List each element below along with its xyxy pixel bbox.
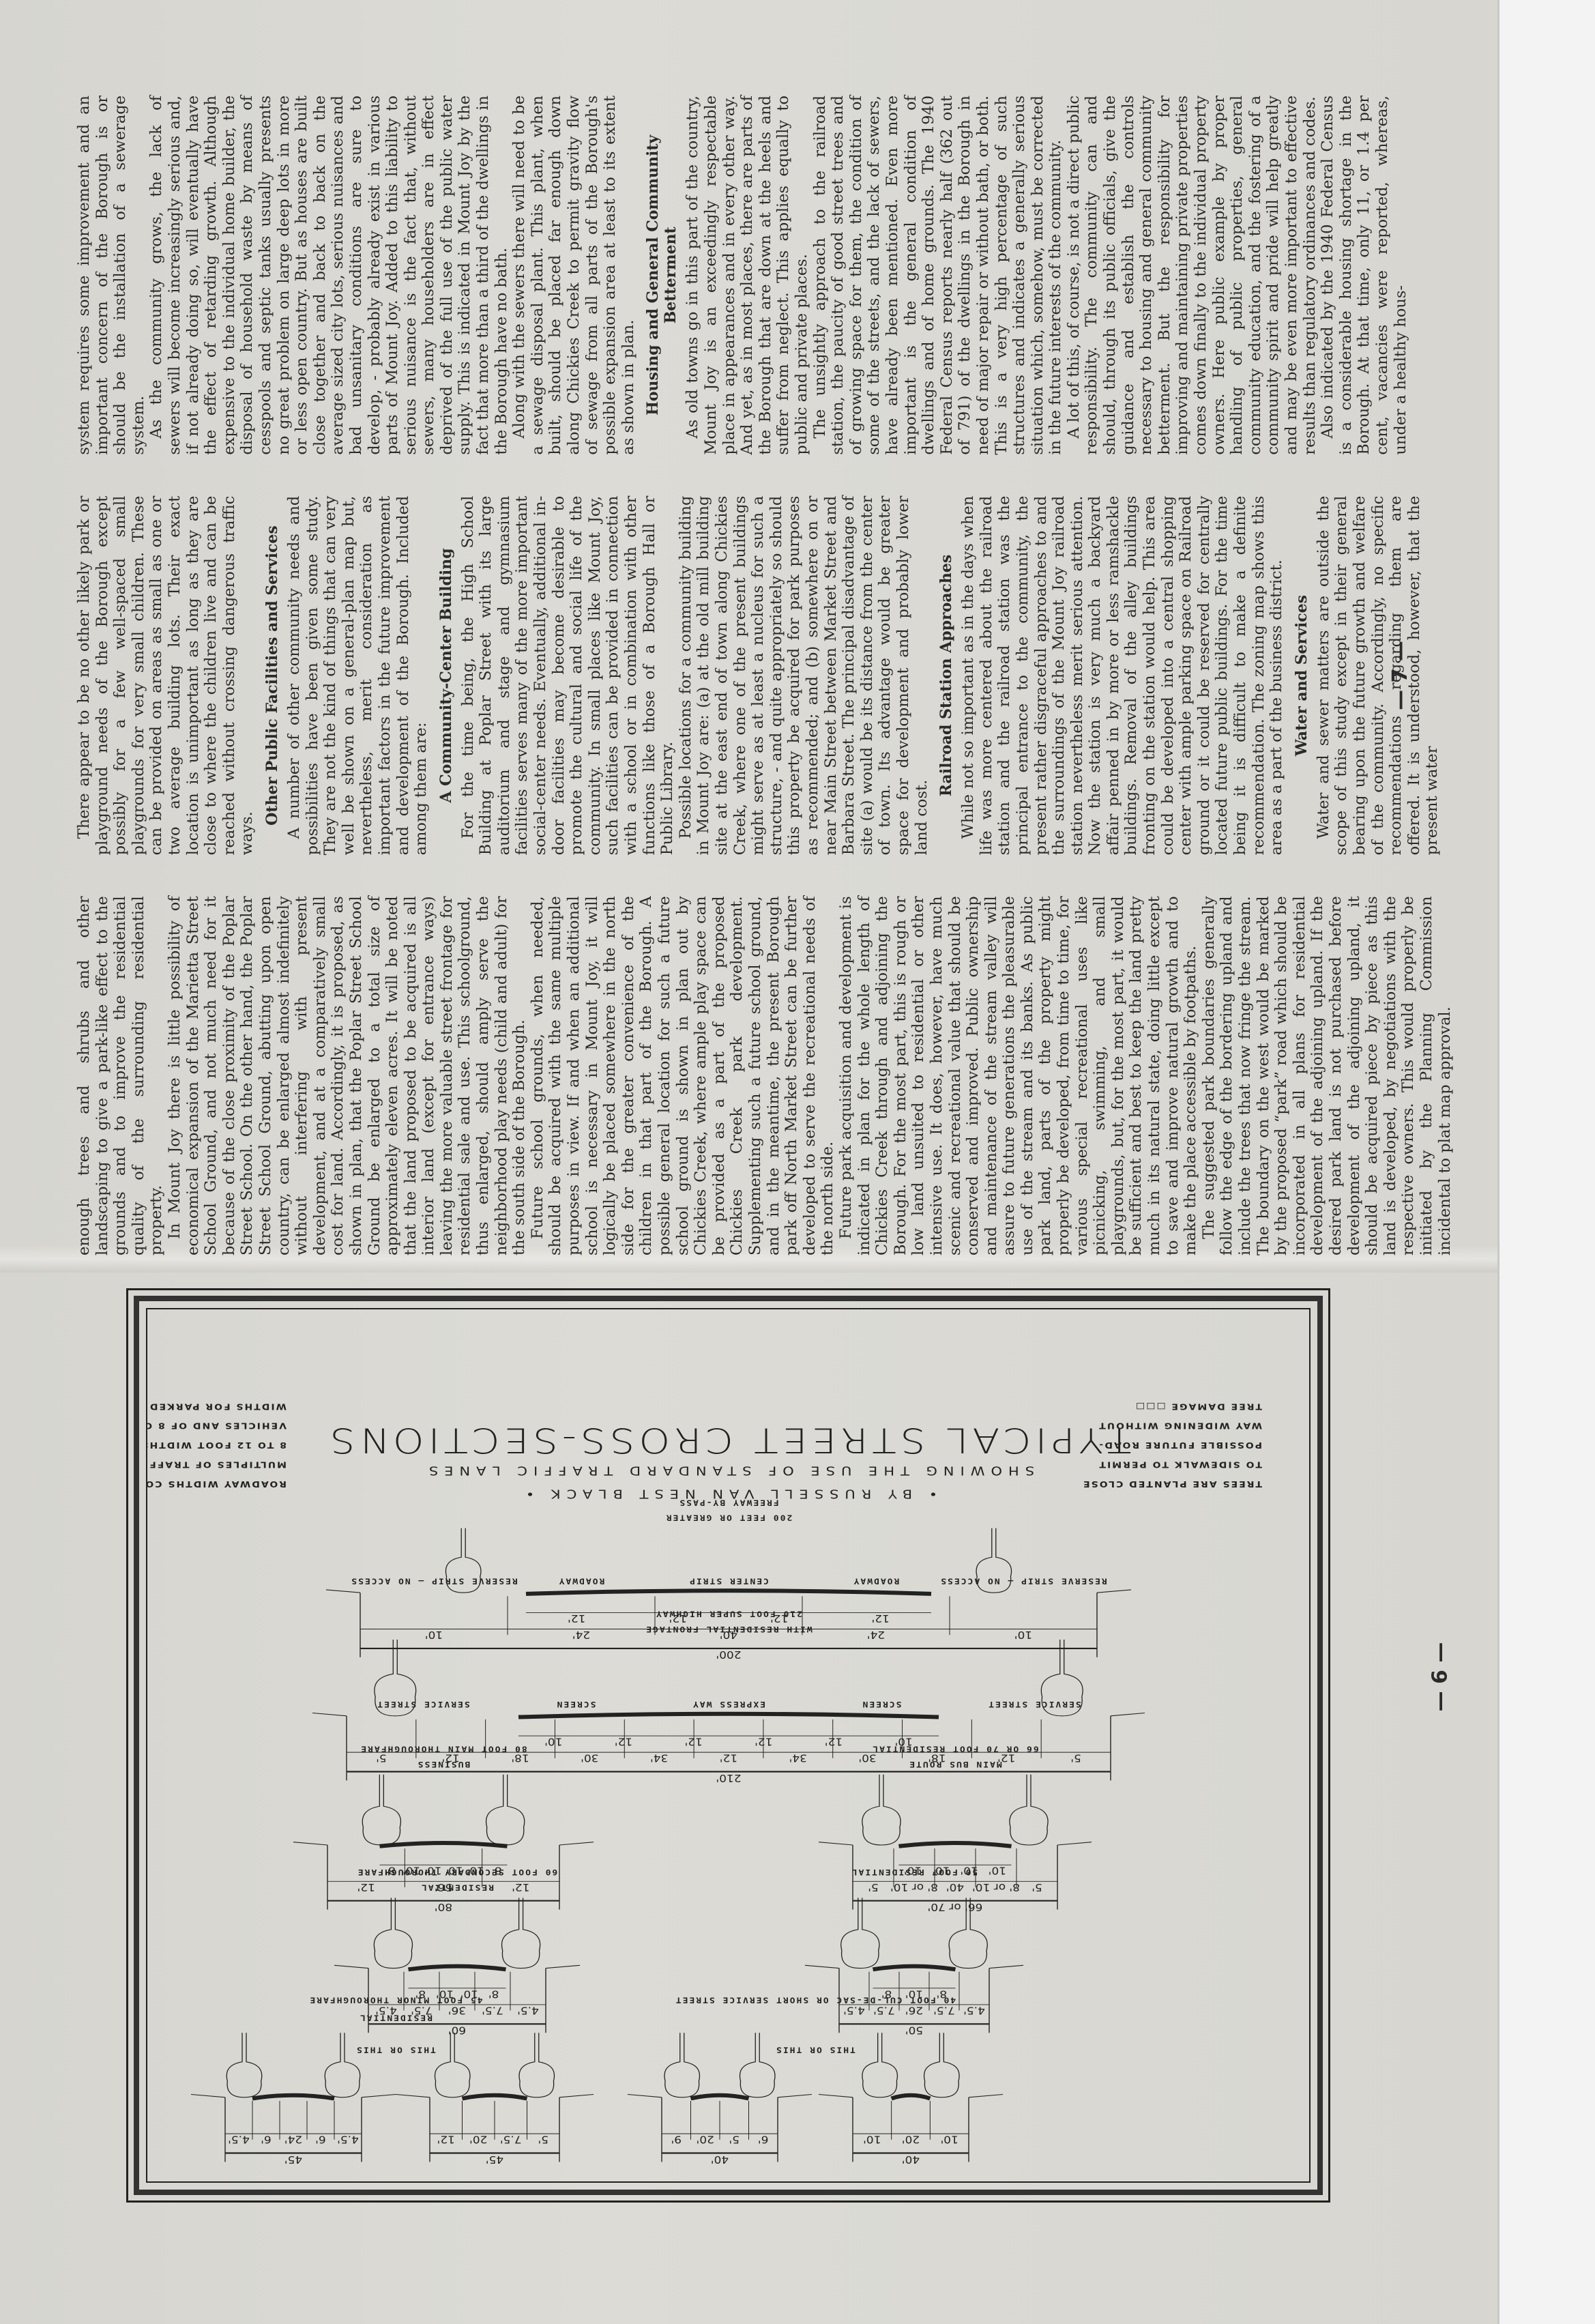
roadway-note: ROADWAY WIDTHS COMPRISED OF — [147, 1479, 287, 1488]
text-column-2: There appear to be no other likely park … — [75, 496, 1426, 856]
diagram-label: 12' — [568, 1612, 585, 1625]
diagram-label: 5' — [868, 1881, 878, 1893]
diagram-subtitle: SHOWING THE USE OF STANDARD TRAFFIC LANE… — [423, 1464, 1034, 1478]
paragraph: In Mount Joy there is little possibility… — [166, 896, 529, 1255]
diagram-label: 6' — [758, 2134, 768, 2146]
section-subtitle: WITH RESIDENTIAL FRONTAGE — [645, 1625, 812, 1633]
diagram-label: 12' — [512, 1881, 529, 1893]
diagram-label: 26' — [905, 2005, 923, 2017]
diagram-label: 7.5' — [500, 2134, 522, 2146]
diagram-label: SCREEN — [556, 1700, 596, 1709]
text-column-1: enough trees and shrubs and other landsc… — [75, 896, 1426, 1255]
paragraph: The suggested park boundaries generally … — [1200, 896, 1454, 1255]
paragraph: enough trees and shrubs and other landsc… — [75, 896, 166, 1255]
diagram-label: 20' — [697, 2134, 714, 2146]
diagram-label: 36' — [448, 2005, 466, 2017]
page-number-7: — 7 — — [1388, 96, 1412, 1255]
page-7: enough trees and shrubs and other landsc… — [75, 68, 1269, 1433]
diagram-label: 10' — [863, 2134, 881, 2146]
street-cross-sections: TYPICAL STREET CROSS-SECTIONSSHOWING THE… — [147, 1309, 1310, 2182]
diagram-label: 12' — [755, 1736, 772, 1748]
diagram-label: 6' — [261, 2134, 271, 2146]
or-label: THIS OR THIS — [775, 2046, 855, 2054]
diagram-label: 20' — [469, 2134, 487, 2146]
diagram-label: SERVICE STREET — [376, 1700, 469, 1709]
diagram-label: ROADWAY — [558, 1577, 605, 1586]
diagram-label: 40' — [946, 1881, 964, 1893]
diagram-label: RESERVE STRIP — NO ACCESS — [350, 1577, 517, 1586]
text-columns: enough trees and shrubs and other landsc… — [75, 96, 1426, 1255]
diagram-label: 80' — [435, 1901, 452, 1913]
diagram-label: 4.5' — [228, 2134, 250, 2146]
diagram-label: SCREEN — [862, 1700, 902, 1709]
diagram-title: TYPICAL STREET CROSS-SECTIONS — [326, 1420, 1132, 1459]
paragraph: As the community grows, the lack of sewe… — [147, 96, 510, 455]
diagram-label: 5' — [538, 2134, 548, 2146]
diagram-label: 10' — [1014, 1629, 1032, 1641]
section-subtitle: MAIN BUS ROUTE — [908, 1760, 1001, 1769]
diagram-label: 34' — [650, 1752, 668, 1764]
paragraph: Possible locations for a community build… — [677, 496, 931, 856]
paragraph: A lot of this, of course, is not a direc… — [1065, 96, 1319, 455]
roadway-note: MULTIPLES OF TRAFFIC LANES OF — [147, 1459, 287, 1469]
diagram-label: 8' or 10' — [972, 1881, 1020, 1893]
diagram-label: 200' — [716, 1649, 741, 1661]
section-title: 50 FOOT RESIDENTIAL — [851, 1868, 978, 1876]
section-subtitle: RESIDENTIAL — [420, 1883, 494, 1892]
scan-background — [1497, 0, 1595, 2324]
diagram-label: 12' — [685, 1736, 703, 1748]
diagram-label: 12' — [437, 2134, 455, 2146]
diagram-label: 8' or 10' — [890, 1881, 938, 1893]
tree-note: TO SIDEWALK TO PERMIT — [1098, 1459, 1262, 1469]
diagram-label: 45' — [486, 2153, 503, 2166]
paragraph: Along with the sewers there will need to… — [510, 96, 637, 455]
diagram-label: 4.5' — [337, 2134, 359, 2146]
page-number-6: — 6 — — [1428, 1642, 1452, 1712]
paragraph: For the time being, the High School Buil… — [459, 496, 677, 856]
paragraph: Future park acquisition and development … — [837, 896, 1200, 1255]
section-title: 60 FOOT SECONDARY THOROUGHFARE — [357, 1868, 558, 1876]
diagram-label: 24' — [572, 1629, 590, 1641]
diagram-label: 6' — [315, 2134, 325, 2146]
diagram-label: 4.5' — [517, 2005, 539, 2017]
diagram-label: 66' or 70' — [928, 1901, 983, 1913]
section-heading: A Community-Center Building — [437, 496, 455, 856]
text-column-3: system requires some improvement and an … — [75, 96, 1426, 455]
paragraph: Water and sewer matters are outside the … — [1315, 496, 1442, 856]
section-title: 66 OR 70 FOOT RESIDENTIAL — [871, 1745, 1038, 1754]
paragraph: system requires some improvement and an … — [75, 96, 147, 455]
tree-note: POSSIBLE FUTURE ROAD- — [1098, 1440, 1262, 1449]
diagram-label: 5' — [729, 2134, 740, 2146]
paragraph: Future school grounds, when needed, shou… — [529, 896, 837, 1255]
roadway-note: VEHICLES AND OF 8 OR 10 FOOT — [147, 1421, 287, 1430]
diagram-label: 20' — [902, 2134, 920, 2146]
paragraph: A number of other community needs and po… — [285, 496, 430, 856]
diagram-label: 5' — [1070, 1752, 1081, 1764]
section-title: 40 FOOT CUL-DE-SAC OR SHORT SERVICE STRE… — [675, 1996, 956, 2005]
paragraph: As old towns go in this part of the coun… — [684, 96, 810, 455]
diagram-label: 24' — [867, 1629, 885, 1641]
diagram-label: 40' — [902, 2153, 920, 2166]
paragraph: The unsightly approach to the railroad s… — [811, 96, 1065, 455]
diagram-label: 34' — [789, 1752, 807, 1764]
tree-note: TREES ARE PLANTED CLOSE — [1082, 1479, 1262, 1488]
diagram-label: CENTER STRIP — [688, 1577, 769, 1586]
section-heading: Other Public Facilities and Services — [263, 496, 281, 856]
diagram-label: 10' — [544, 1736, 562, 1748]
diagram-label: 45' — [284, 2153, 302, 2166]
diagram-label: 8' — [488, 1988, 499, 2001]
diagram-label: ROADWAY — [853, 1577, 900, 1586]
cross-section-drawing: TYPICAL STREET CROSS-SECTIONSSHOWING THE… — [147, 1309, 1310, 2182]
section-title: FREEWAY BY-PASS — [678, 1498, 778, 1507]
section-title: 210 FOOT SUPER HIGHWAY — [655, 1610, 802, 1618]
section-subtitle: BUSINESS — [417, 1760, 471, 1769]
diagram-label: 4.5' — [963, 2005, 985, 2017]
diagram-label: 12' — [357, 1881, 375, 1893]
diagram-label: 24' — [284, 2134, 302, 2146]
diagram-label: EXPRESS WAY — [692, 1700, 765, 1709]
section-subtitle: 200 FEET OR GREATER — [665, 1513, 793, 1522]
diagram-label: 7.5' — [873, 2005, 895, 2017]
section-heading: Railroad Station Approaches — [937, 496, 955, 856]
diagram-label: 9' — [671, 2134, 682, 2146]
diagram-label: 30' — [581, 1752, 598, 1764]
diagram-label: 12' — [720, 1752, 737, 1764]
section-heading: Housing and General Community Betterment — [644, 96, 679, 455]
diagram-label: RESERVE STRIP — NO ACCESS — [939, 1577, 1107, 1586]
diagram-label: 210' — [716, 1772, 741, 1784]
tree-note: TREE DAMAGE □□□ — [1135, 1401, 1262, 1411]
diagram-label: 10' — [425, 1629, 443, 1641]
roadway-note: WIDTHS FOR PARKED VEHICLES — [147, 1401, 287, 1411]
section-heading: Water and Services — [1293, 496, 1311, 856]
diagram-label: 5' — [1031, 1881, 1042, 1893]
section-title: 45 FOOT MINOR THOROUGHFARE — [308, 1996, 482, 2005]
paragraph: There appear to be no other likely park … — [75, 496, 257, 856]
or-label: THIS OR THIS — [355, 2046, 436, 2054]
diagram-label: 10' — [989, 1865, 1006, 1877]
diagram-label: SERVICE STREET — [987, 1700, 1081, 1709]
diagram-label: 7.5' — [482, 2005, 503, 2017]
section-title: 80 FOOT MAIN THOROUGHFARE — [360, 1745, 527, 1754]
diagram-label: 50' — [905, 2024, 923, 2037]
tree-note: WAY WIDENING WITHOUT — [1098, 1421, 1262, 1430]
diagram-label: 12' — [825, 1736, 843, 1748]
diagram-label: 12' — [872, 1612, 890, 1625]
paragraph: While not so important as in the days wh… — [959, 496, 1286, 856]
diagram-label: 10' — [941, 2134, 959, 2146]
diagram-label: 12' — [615, 1736, 632, 1748]
page-6-diagram: TYPICAL STREET CROSS-SECTIONSSHOWING THE… — [126, 1288, 1330, 2203]
roadway-note: 8 TO 12 FOOT WIDTHS FOR MOVING — [147, 1440, 287, 1449]
section-subtitle: RESIDENTIAL — [359, 2014, 433, 2022]
diagram-label: 7.5' — [933, 2005, 955, 2017]
diagram-label: 4.5' — [843, 2005, 865, 2017]
diagram-label: 40' — [711, 2153, 729, 2166]
